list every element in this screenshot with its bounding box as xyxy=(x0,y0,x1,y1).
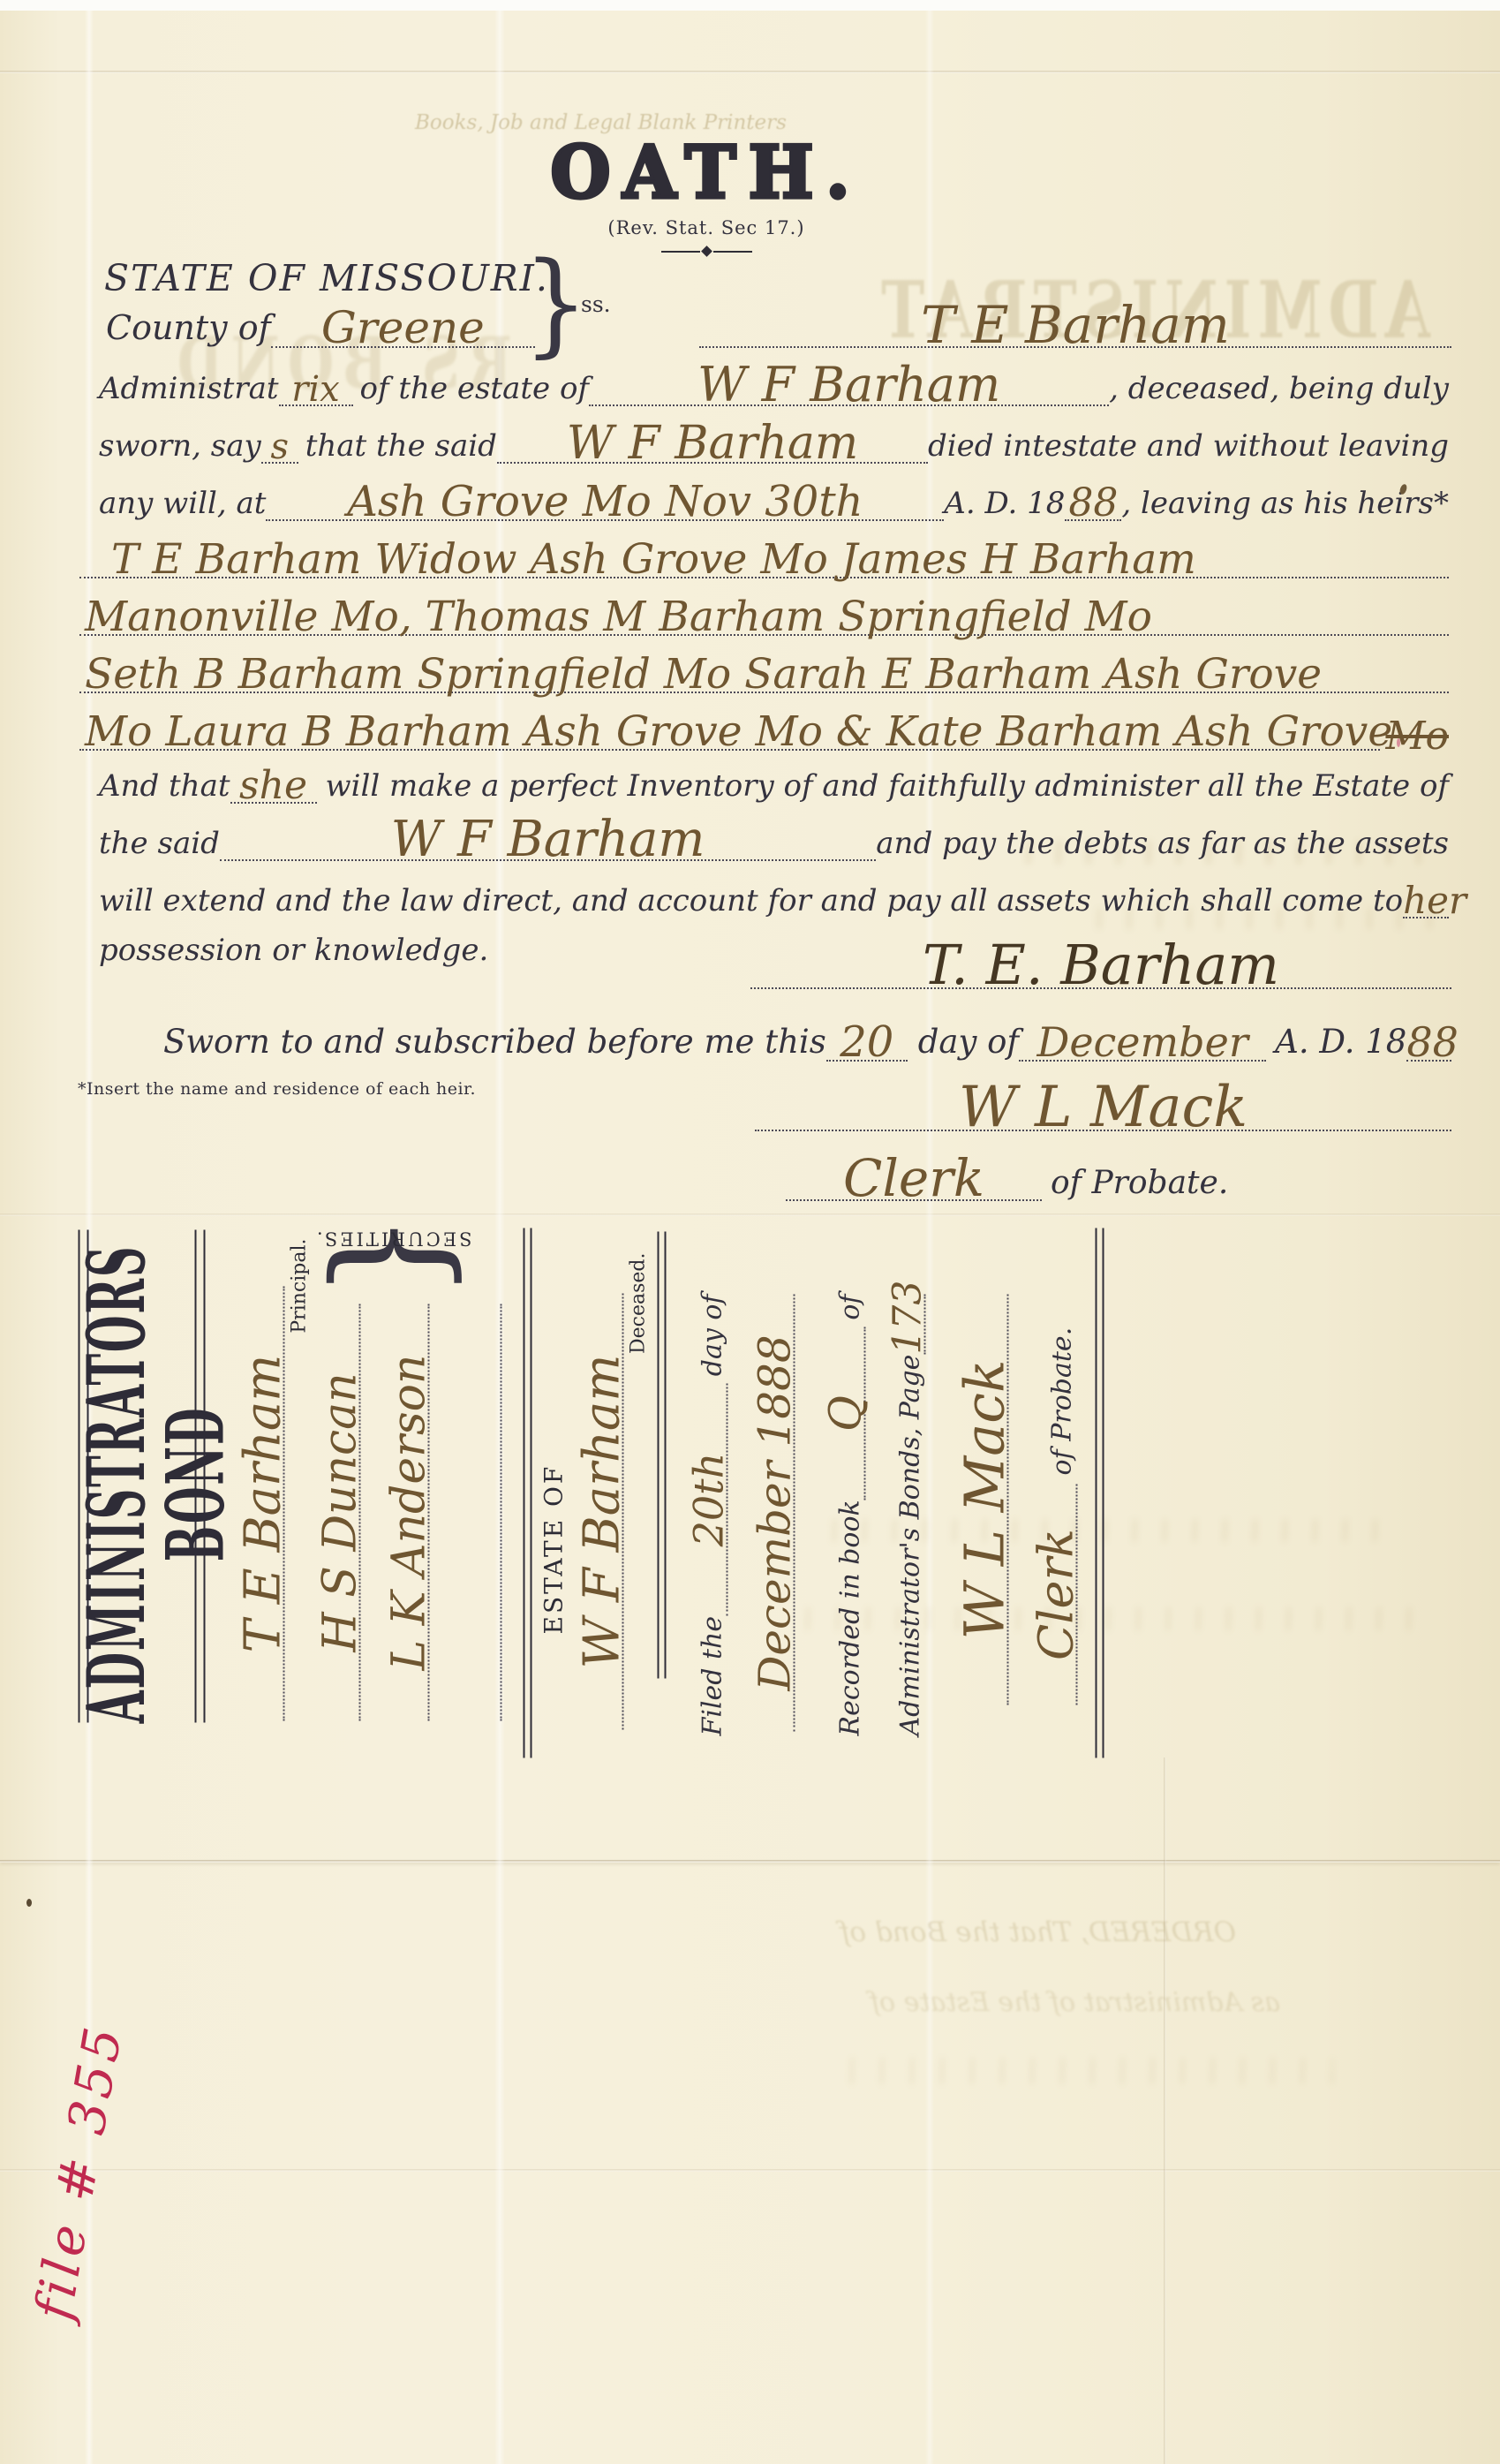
estate-name-line: W F Barham xyxy=(589,361,1109,406)
heirs-row-1: T E Barham Widow Ash Grove Mo James H Ba… xyxy=(79,530,1449,578)
scanned-document-page: Books, Job and Legal Blank Printers ADMI… xyxy=(0,0,1500,2464)
estate-name-handwriting: W F Barham xyxy=(697,361,1000,409)
docket-security-signature-2: L K Anderson xyxy=(387,1355,433,1671)
docket-clerk-handwriting: Clerk xyxy=(1033,1529,1081,1660)
docket-clerk-signature-line: W L Mack xyxy=(958,1295,1009,1705)
clerk-signature-line: W L Mack xyxy=(755,1079,1451,1131)
heirs-handwriting-4: Mo Laura B Barham Ash Grove Mo & Kate Ba… xyxy=(85,711,1392,752)
signature-row: T. E. Barham xyxy=(750,914,1451,989)
docket-recorded-of-print: of xyxy=(835,1295,866,1327)
the-said-print: the said xyxy=(99,827,220,861)
clerk-title-row: Clerk of Probate. xyxy=(786,1138,1280,1201)
docket-filed-day: 20th xyxy=(689,1453,729,1547)
state-line: STATE OF MISSOURI. xyxy=(104,258,549,299)
heirs-handwriting-2: Manonville Mo, Thomas M Barham Springfie… xyxy=(85,596,1152,638)
docket-filed-day-line: 20th xyxy=(689,1383,728,1616)
county-handwriting: Greene xyxy=(321,306,485,350)
and-that-print: And that xyxy=(99,769,230,804)
that-said-print: that the said xyxy=(298,429,497,464)
heirs-line-4: Mo Laura B Barham Ash Grove Mo & Kate Ba… xyxy=(79,711,1380,751)
year-line: 88 xyxy=(1065,484,1121,521)
docket-unused-line xyxy=(501,1304,502,1721)
docket-principal-signature: T E Barham xyxy=(239,1355,289,1653)
docket-deceased-label: Deceased. xyxy=(628,1253,650,1355)
fold-crease-bottom xyxy=(0,2169,1500,2172)
pay-debts-print: and pay the debts as far as the assets xyxy=(876,827,1449,861)
signature-line: T. E. Barham xyxy=(750,938,1451,989)
statute-reference: (Rev. Stat. Sec 17.) xyxy=(353,217,1059,238)
heirs-line-1: T E Barham Widow Ash Grove Mo James H Ba… xyxy=(79,539,1449,578)
her-line: her xyxy=(1403,882,1449,918)
she-handwriting: she xyxy=(239,767,307,805)
deponent-handwriting: T E Barham xyxy=(921,299,1230,351)
said-name2-handwriting: W F Barham xyxy=(391,815,705,865)
ornament-diamond xyxy=(701,246,712,257)
said-name2-line: W F Barham xyxy=(220,815,876,861)
docket-day-of-print: day of xyxy=(697,1295,728,1384)
docket-security-line-2: L K Anderson xyxy=(387,1304,430,1721)
header-ornament xyxy=(653,247,759,255)
docket-security-line-1: H S Duncan xyxy=(318,1304,361,1721)
heirs-row-3: Seth B Barham Springfield Mo Sarah E Bar… xyxy=(79,645,1449,693)
county-line: Greene xyxy=(271,306,535,348)
sworn-say-print: sworn, say xyxy=(99,429,261,464)
died-intestate-print: died intestate and without leaving xyxy=(928,429,1449,464)
say-s-handwriting: s xyxy=(270,429,289,465)
document-title-wrap: OATH. xyxy=(353,132,1059,213)
docket-page-line: 173 xyxy=(889,1295,926,1355)
clerk-signature-row: W L Mack xyxy=(755,1055,1451,1131)
ss-brace: } xyxy=(523,237,589,368)
heirs-line-2: Manonville Mo, Thomas M Barham Springfie… xyxy=(79,596,1449,636)
ss-label: ss. xyxy=(581,291,611,317)
deponent-row: T E Barham xyxy=(699,283,1451,348)
docket-principal-row: T E Barham xyxy=(218,1287,285,1721)
docket-estate-row: W F Barham xyxy=(559,1294,624,1730)
ornament-line-right xyxy=(713,251,752,253)
docket-estate-name: W F Barham xyxy=(578,1355,628,1669)
and-that-row: And that she will make a perfect Invento… xyxy=(99,761,1449,804)
clerk-handwriting: Clerk xyxy=(843,1153,984,1204)
scan-edge-top xyxy=(0,0,1500,11)
docket-filed-row: Filed the 20th day of xyxy=(677,1295,728,1736)
place-date-handwriting: Ash Grove Mo Nov 30th xyxy=(347,480,863,523)
docket-month-line: December 1888 xyxy=(753,1295,795,1732)
crease-vertical-right xyxy=(1164,1757,1166,2464)
docket-security-row-2: L K Anderson xyxy=(368,1304,430,1721)
heirs-struck-word: Mo xyxy=(1385,717,1449,756)
docket-of-probate-print: of Probate. xyxy=(1047,1327,1078,1485)
docket-clerk-line: Clerk xyxy=(1033,1485,1078,1705)
docket-clerk-signature-row: W L Mack xyxy=(930,1295,1009,1705)
will-extend-row: will extend and the law direct, and acco… xyxy=(99,876,1449,918)
year-handwriting: 88 xyxy=(1068,484,1118,523)
docket-principal-line: T E Barham xyxy=(239,1287,285,1721)
deponent-signature: T. E. Barham xyxy=(923,938,1279,993)
said-name-handwriting: W F Barham xyxy=(567,420,858,466)
place-date-line: Ash Grove Mo Nov 30th xyxy=(266,480,944,521)
said-name-line: W F Barham xyxy=(497,420,928,464)
clerk-signature: W L Mack xyxy=(959,1079,1247,1136)
docket-divider-2 xyxy=(658,1232,667,1679)
county-row: County of Greene xyxy=(106,306,535,348)
ink-speck-left xyxy=(26,1899,32,1907)
docket-recorded-row: Recorded in book Q of xyxy=(811,1295,866,1736)
administrat-print: Administrat xyxy=(99,372,279,406)
docket-bonds-row: Administrator's Bonds, Page 173 xyxy=(873,1295,926,1736)
docket-divider-1 xyxy=(524,1228,532,1758)
any-will-print: any will, at xyxy=(99,487,266,521)
possession-print: possession or knowledge. xyxy=(99,933,488,968)
docket-bottom-rule xyxy=(1096,1228,1104,1758)
deceased-duly-print: , deceased, being duly xyxy=(1109,372,1449,406)
any-will-row: any will, at Ash Grove Mo Nov 30th A. D.… xyxy=(99,479,1449,521)
docket-page-number: 173 xyxy=(889,1281,928,1355)
docket-bonds-print: Administrator's Bonds, Page xyxy=(895,1355,926,1736)
red-speck xyxy=(1397,738,1400,747)
rix-handwriting: rix xyxy=(291,372,339,407)
clerk-line: Clerk xyxy=(786,1153,1042,1201)
administratrix-row: Administrat rix of the estate of W F Bar… xyxy=(99,364,1449,406)
docket-title: ADMINISTRATORS BOND xyxy=(79,1241,237,1728)
ad18-print: A. D. 18 xyxy=(944,487,1065,521)
rix-line: rix xyxy=(279,372,353,406)
docket-recorded-print: Recorded in book xyxy=(835,1500,866,1735)
docket-book-letter: Q xyxy=(824,1395,868,1432)
jurat-print: Sworn to and subscribed before me this xyxy=(163,1024,826,1062)
deponent-line: T E Barham xyxy=(699,299,1451,348)
docket-security-row-1: H S Duncan xyxy=(299,1304,361,1721)
docket-filed-print: Filed the xyxy=(697,1616,728,1736)
say-s-line: s xyxy=(261,429,298,464)
docket-security-signature-1: H S Duncan xyxy=(318,1372,364,1651)
docket-panel: ADMINISTRATORS BOND T E Barham Principal… xyxy=(49,1220,1121,1785)
document-title: OATH. xyxy=(550,131,862,215)
county-label: County of xyxy=(106,309,271,348)
she-line: she xyxy=(230,767,317,804)
of-estate-print: of the estate of xyxy=(353,372,590,406)
docket-month-year: December 1888 xyxy=(753,1334,797,1690)
inventory-print: will make a perfect Inventory of and fai… xyxy=(317,769,1449,804)
heir-footnote: *Insert the name and residence of each h… xyxy=(78,1079,476,1099)
heirs-handwriting-3: Seth B Barham Springfield Mo Sarah E Bar… xyxy=(85,654,1322,695)
heirs-row-4: Mo Laura B Barham Ash Grove Mo & Kate Ba… xyxy=(79,702,1449,751)
docket-estate-line: W F Barham xyxy=(578,1294,624,1730)
docket-month-row: December 1888 xyxy=(735,1295,795,1732)
the-said-row: the said W F Barham and pay the debts as… xyxy=(99,819,1449,861)
sworn-says-row: sworn, say s that the said W F Barham di… xyxy=(99,421,1449,464)
docket-rule-under-title xyxy=(195,1230,206,1723)
docket-clerk-title-row: Clerk of Probate. xyxy=(1016,1299,1078,1705)
securities-label: SECURITIES. xyxy=(322,1228,472,1250)
docket-book-line: Q xyxy=(824,1327,866,1500)
fold-crease-middle xyxy=(0,1860,1500,1863)
heirs-line-3: Seth B Barham Springfield Mo Sarah E Bar… xyxy=(79,654,1449,693)
ornament-line-left xyxy=(661,251,700,253)
fold-crease-docket xyxy=(0,1213,1500,1216)
docket-blank-line xyxy=(464,1304,502,1721)
securities-brace: } xyxy=(303,1212,473,1301)
of-probate-print: of Probate. xyxy=(1042,1165,1228,1201)
docket-clerk-signature: W L Mack xyxy=(958,1359,1013,1639)
heirs-handwriting-1: T E Barham Widow Ash Grove Mo James H Ba… xyxy=(85,539,1196,580)
heirs-row-2: Manonville Mo, Thomas M Barham Springfie… xyxy=(79,587,1449,636)
fold-crease-top xyxy=(0,71,1500,73)
